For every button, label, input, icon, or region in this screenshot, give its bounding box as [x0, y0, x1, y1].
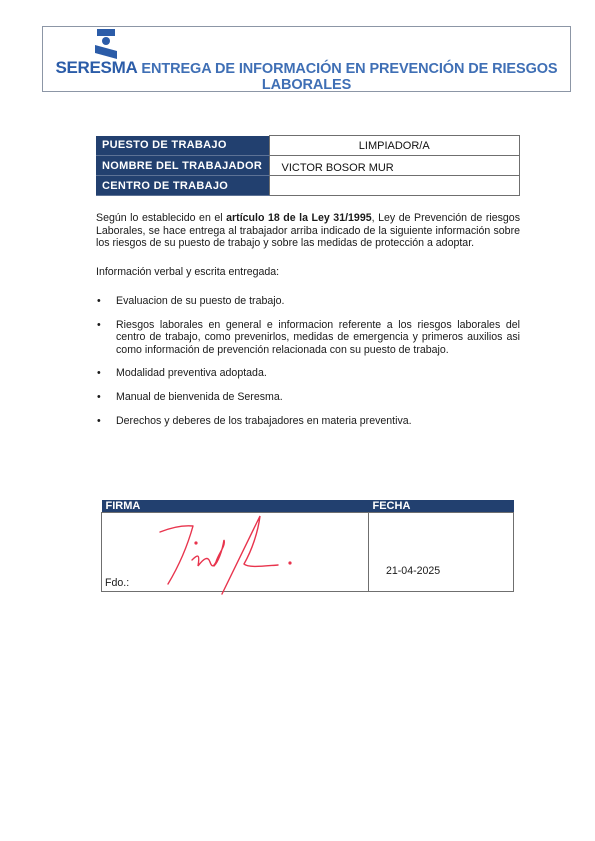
job-position-value: LIMPIADOR/A: [269, 136, 520, 156]
list-item-text: Evaluacion de su puesto de trabajo.: [116, 295, 284, 307]
list-item-text: Manual de bienvenida de Seresma.: [116, 391, 283, 403]
signature-header: FIRMA: [102, 500, 369, 513]
intro-text-pre: Según lo establecido en el: [96, 212, 226, 224]
signature-table: FIRMA FECHA Fdo.: 21-04-2025: [101, 500, 514, 592]
intro-paragraph: Según lo establecido en el artículo 18 d…: [96, 212, 520, 250]
workplace-label: CENTRO DE TRABAJO: [96, 176, 269, 196]
list-item: •Riesgos laborales en general e informac…: [96, 319, 520, 357]
date-field: 21-04-2025: [369, 513, 514, 592]
worker-name-label: NOMBRE DEL TRABAJADOR: [96, 156, 269, 176]
title-line-2: LABORALES: [262, 77, 351, 93]
seresma-logo-icon: [93, 29, 119, 59]
worker-info-table: PUESTO DE TRABAJO LIMPIADOR/A NOMBRE DEL…: [96, 135, 520, 196]
workplace-value: [269, 176, 520, 196]
signature-field[interactable]: Fdo.:: [102, 513, 369, 592]
list-item-text: Modalidad preventiva adoptada.: [116, 367, 267, 379]
list-item: •Derechos y deberes de los trabajadores …: [96, 415, 520, 428]
info-list: •Evaluacion de su puesto de trabajo. •Ri…: [96, 295, 520, 438]
list-item-text: Derechos y deberes de los trabajadores e…: [116, 415, 412, 427]
bullet-icon: •: [97, 391, 101, 404]
worker-name-value: VICTOR BOSOR MUR: [269, 156, 520, 176]
job-position-label: PUESTO DE TRABAJO: [96, 136, 269, 156]
list-item: •Manual de bienvenida de Seresma.: [96, 391, 520, 404]
list-item: •Evaluacion de su puesto de trabajo.: [96, 295, 520, 308]
info-heading: Información verbal y escrita entregada:: [96, 266, 520, 279]
bullet-icon: •: [97, 295, 101, 308]
document-title: SERESMA ENTREGA DE INFORMACIÓN EN PREVEN…: [43, 60, 570, 93]
table-row: CENTRO DE TRABAJO: [96, 176, 520, 196]
document-header: SERESMA ENTREGA DE INFORMACIÓN EN PREVEN…: [42, 26, 571, 92]
law-reference: artículo 18 de la Ley 31/1995: [226, 212, 371, 224]
list-item: •Modalidad preventiva adoptada.: [96, 367, 520, 380]
list-item-text: Riesgos laborales en general e informaci…: [116, 319, 520, 356]
brand-name: SERESMA: [55, 58, 137, 77]
table-row: NOMBRE DEL TRABAJADOR VICTOR BOSOR MUR: [96, 156, 520, 176]
signed-by-label: Fdo.:: [105, 577, 129, 589]
bullet-icon: •: [97, 319, 101, 332]
title-line-1: ENTREGA DE INFORMACIÓN EN PREVENCIÓN DE …: [141, 61, 557, 77]
bullet-icon: •: [97, 415, 101, 428]
date-value: 21-04-2025: [386, 565, 440, 577]
date-header: FECHA: [369, 500, 514, 513]
table-row: PUESTO DE TRABAJO LIMPIADOR/A: [96, 136, 520, 156]
bullet-icon: •: [97, 367, 101, 380]
